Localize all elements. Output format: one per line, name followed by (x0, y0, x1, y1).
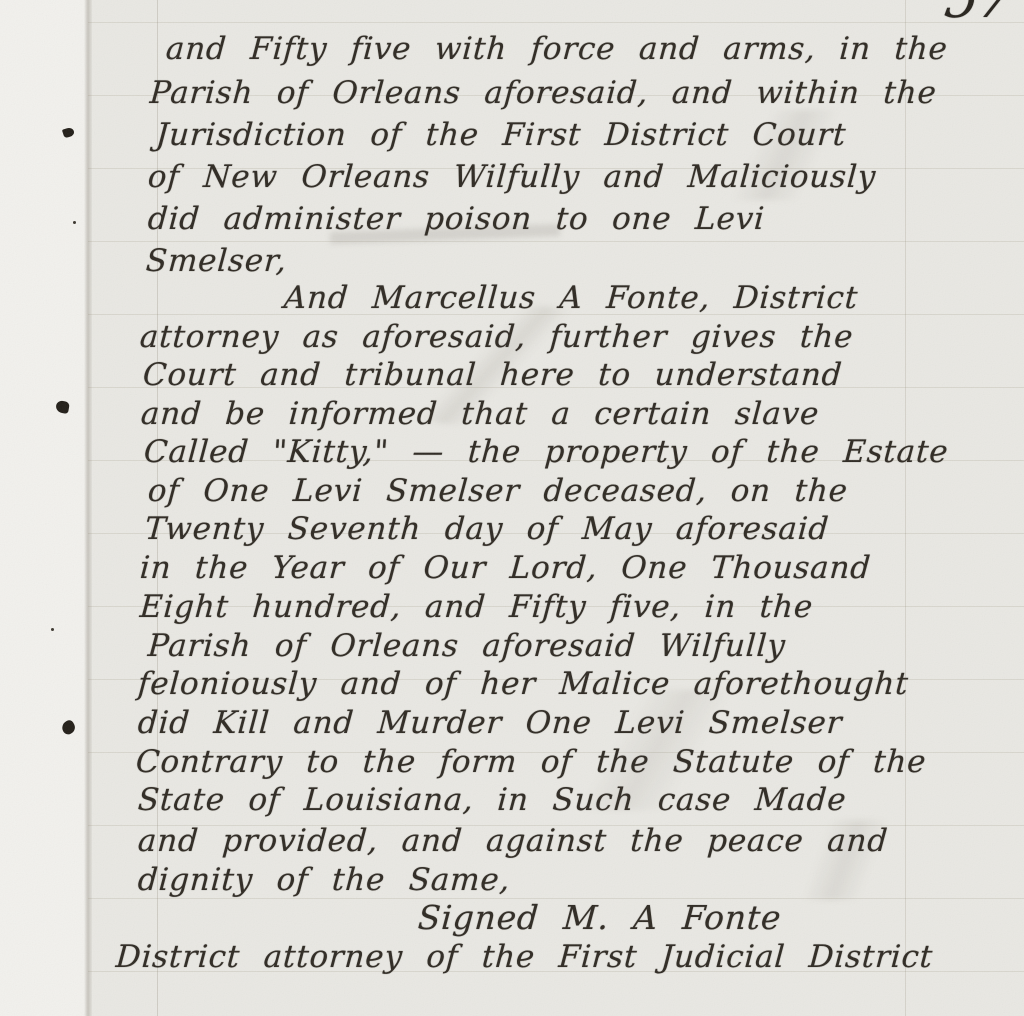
handwritten-line-21: and provided, and against the peace and (137, 822, 890, 860)
handwritten-line-11: Called "Kitty," — the property of the Es… (143, 433, 950, 471)
left-margin-strip (0, 0, 88, 1016)
ink-speck (51, 628, 54, 631)
handwritten-line-17: feloniously and of her Malice aforethoug… (137, 665, 910, 703)
signature-line: Signed M. A Fonte (417, 899, 783, 937)
handwritten-line-18: did Kill and Murder One Levi Smelser (137, 704, 844, 742)
handwritten-line-3: Jurisdiction of the First District Court (155, 116, 848, 154)
handwritten-line-5: did administer poison to one Levi (147, 200, 766, 238)
scanned-document-page: 57 and Fifty five with force and arms, i… (0, 0, 1024, 1016)
handwritten-line-14: in the Year of Our Lord, One Thousand (139, 549, 873, 587)
handwritten-line-1: and Fifty five with force and arms, in t… (165, 30, 949, 68)
handwritten-line-13: Twenty Seventh day of May aforesaid (144, 510, 831, 548)
handwritten-line-10: and be informed that a certain slave (140, 395, 821, 433)
handwritten-line-8: attorney as aforesaid, further gives the (139, 318, 855, 356)
handwritten-line-19: Contrary to the form of the Statute of t… (135, 743, 928, 781)
handwritten-line-2: Parish of Orleans aforesaid, and within … (149, 74, 938, 112)
handwritten-line-12: of One Levi Smelser deceased, on the (147, 472, 850, 510)
page-number-fragment: 57 (941, 0, 1018, 30)
handwritten-line-16: Parish of Orleans aforesaid Wilfully (147, 627, 787, 665)
handwritten-line-4: of New Orleans Wilfully and Maliciously (147, 158, 878, 196)
right-rule-line (905, 0, 906, 1016)
ink-speck (73, 221, 76, 224)
handwritten-line-6: Smelser, (145, 242, 288, 280)
signature-title-line: District attorney of the First Judicial … (115, 938, 935, 976)
handwritten-line-9: Court and tribunal here to understand (142, 356, 844, 394)
handwritten-line-20: State of Louisiana, in Such case Made (137, 781, 848, 819)
handwritten-line-22: dignity of the Same, (137, 861, 512, 899)
handwritten-line-7: And Marcellus A Fonte, District (283, 279, 860, 317)
handwritten-line-15: Eight hundred, and Fifty five, in the (139, 588, 815, 626)
